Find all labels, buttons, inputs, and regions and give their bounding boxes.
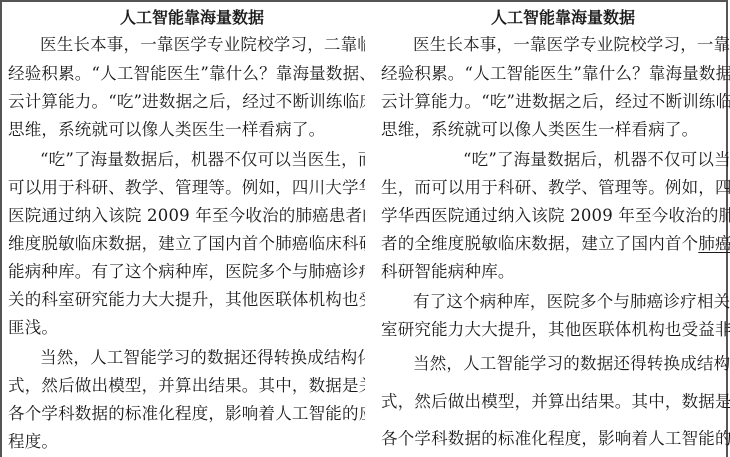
text-line: 者的全维度脱敏临床数据，建立了国内首个肺癌临床 xyxy=(381,234,730,254)
text-line: 能病种库。有了这个病种库，医院多个与肺癌诊疗相 xyxy=(8,262,392,282)
text-line: 程度。 xyxy=(8,432,58,452)
text-segment: 者的全维度脱敏临床数据，建立了国内首个 xyxy=(381,234,698,253)
text-line: 医生长本事，一靠医学专业院校学习，一靠临床 xyxy=(413,35,730,55)
text-line: 学华西医院通过纳入该院 2009 年至今收治的肺癌患 xyxy=(381,206,730,226)
text-line: 维度脱敏临床数据，建立了国内首个肺癌临床科研智 xyxy=(8,234,392,254)
text-line: 匪浅。 xyxy=(8,318,58,338)
text-line: 经验积累。“人工智能医生”靠什么？靠海量数据、 xyxy=(8,64,376,84)
text-line: 思维，系统就可以像人类医生一样看病了。 xyxy=(8,120,325,140)
text-line: 当然，人工智能学习的数据还得转换成结构化格 xyxy=(413,354,730,374)
section-title: 人工智能靠海量数据 xyxy=(120,8,264,28)
text-line: “吃”了海量数据后，机器不仅可以当医生，而 xyxy=(40,150,375,170)
text-line: 医院通过纳入该院 2009 年至今收治的肺癌患者的全 xyxy=(8,206,396,226)
text-line: 经验积累。“人工智能医生”靠什么？靠海量数据、 xyxy=(381,64,730,84)
section-title: 人工智能靠海量数据 xyxy=(491,8,635,28)
text-line: 各个学科数据的标准化程度，影响着人工智能的应用 xyxy=(381,429,730,449)
text-line: 思维，系统就可以像人类医生一样看病了。 xyxy=(381,120,698,140)
underlined-text: 肺癌临床 xyxy=(698,234,730,253)
text-line: 科研智能病种库。 xyxy=(381,262,515,282)
text-line: 云计算能力。“吃”进数据之后，经过不断训练临床 xyxy=(8,92,376,112)
text-line: 式，然后做出模型，并算出结果。其中，数据是关键， xyxy=(381,392,730,412)
text-line: 各个学科数据的标准化程度，影响着人工智能的应用 xyxy=(8,404,392,424)
text-line: 云计算能力。“吃”进数据之后，经过不断训练临床 xyxy=(381,92,730,112)
text-line: 关的科室研究能力大大提升，其他医联体机构也受益 xyxy=(8,290,392,310)
text-line: 生，而可以用于科研、教学、管理等。例如，四川大 xyxy=(381,178,730,198)
modified-document-panel: 人工智能靠海量数据 医生长本事，一靠医学专业院校学习，一靠临床 经验积累。“人工… xyxy=(365,0,728,457)
text-line: “吃”了海量数据后，机器不仅可以当医 xyxy=(463,150,730,170)
text-line: 式，然后做出模型，并算出结果。其中，数据是关键， xyxy=(8,376,409,396)
text-line: 室研究能力大大提升，其他医联体机构也受益非浅。 xyxy=(381,320,730,340)
text-line: 医生长本事，一靠医学专业院校学习，二靠临床 xyxy=(40,35,391,55)
text-line: 当然，人工智能学习的数据还得转换成结构化格 xyxy=(40,348,391,368)
text-line: 有了这个病种库，医院多个与肺癌诊疗相关的科 xyxy=(413,292,730,312)
text-line: 可以用于科研、教学、管理等。例如，四川大学华西 xyxy=(8,178,392,198)
original-document-panel: 人工智能靠海量数据 医生长本事，一靠医学专业院校学习，二靠临床 经验积累。“人工… xyxy=(0,0,365,457)
